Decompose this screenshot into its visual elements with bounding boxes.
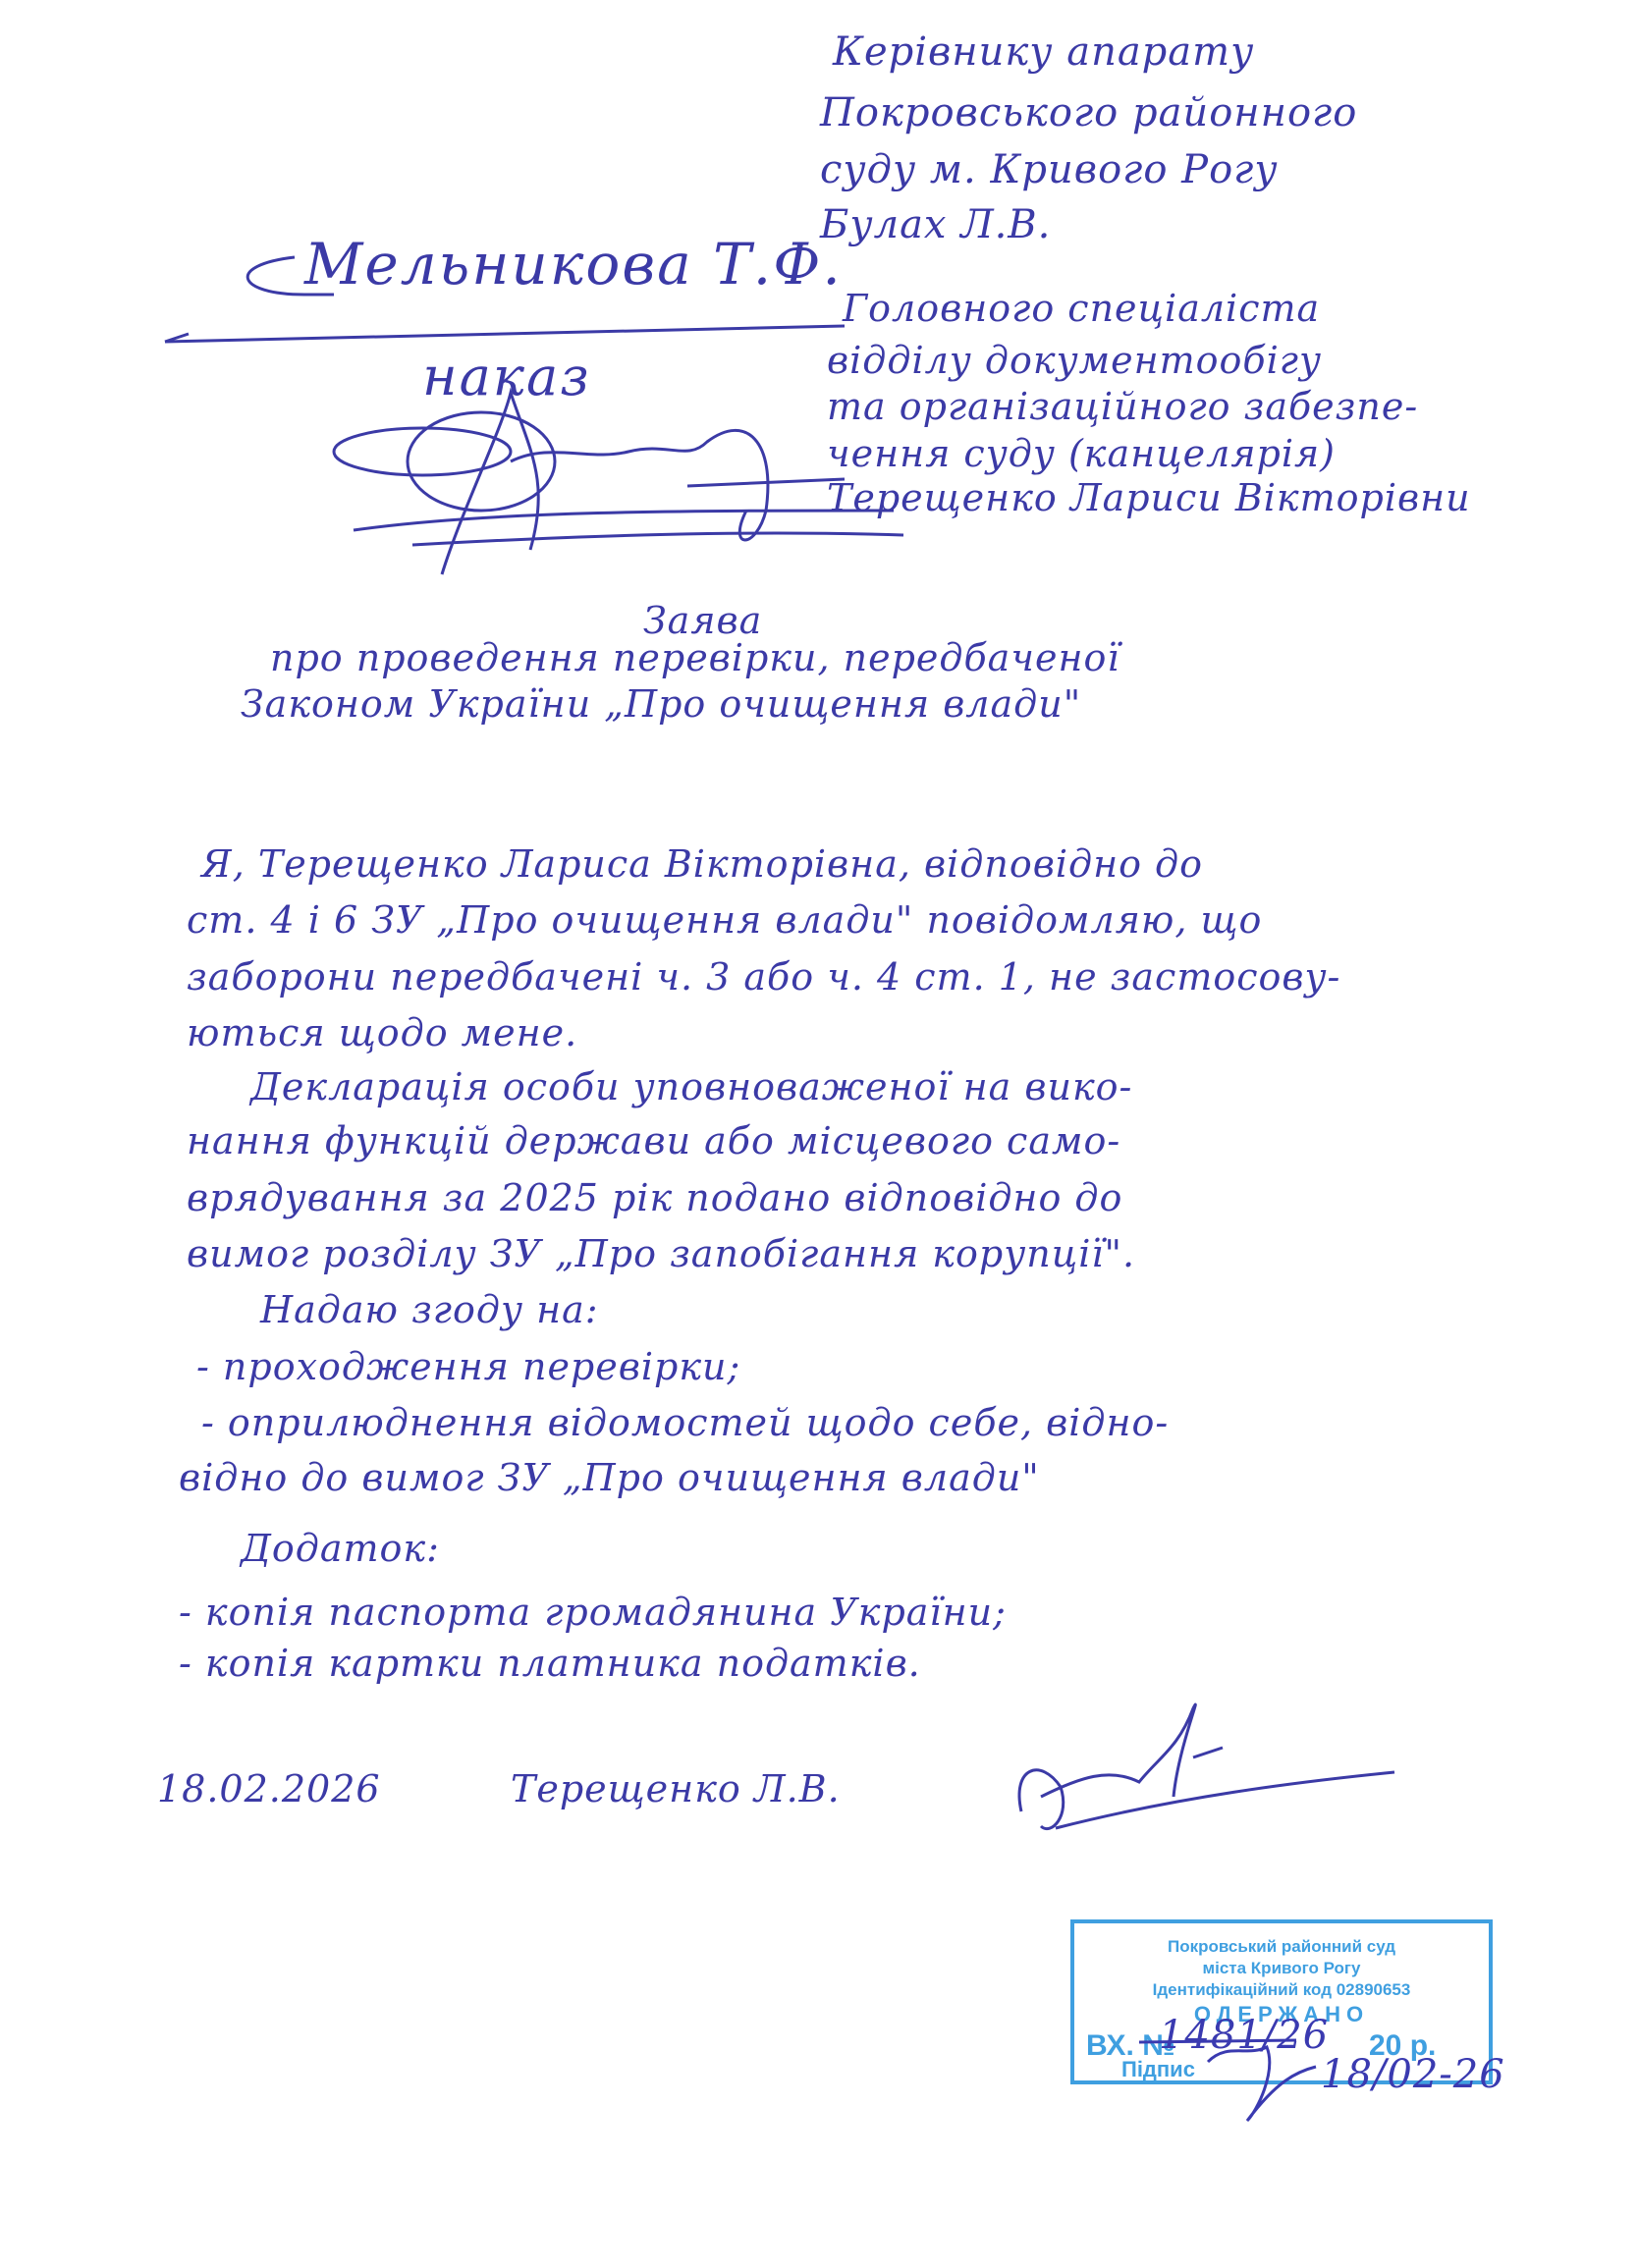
- stamp-registrar-signature-icon: [0, 0, 1638, 2268]
- document-page: Керівнику апарату Покровського районного…: [0, 0, 1638, 2268]
